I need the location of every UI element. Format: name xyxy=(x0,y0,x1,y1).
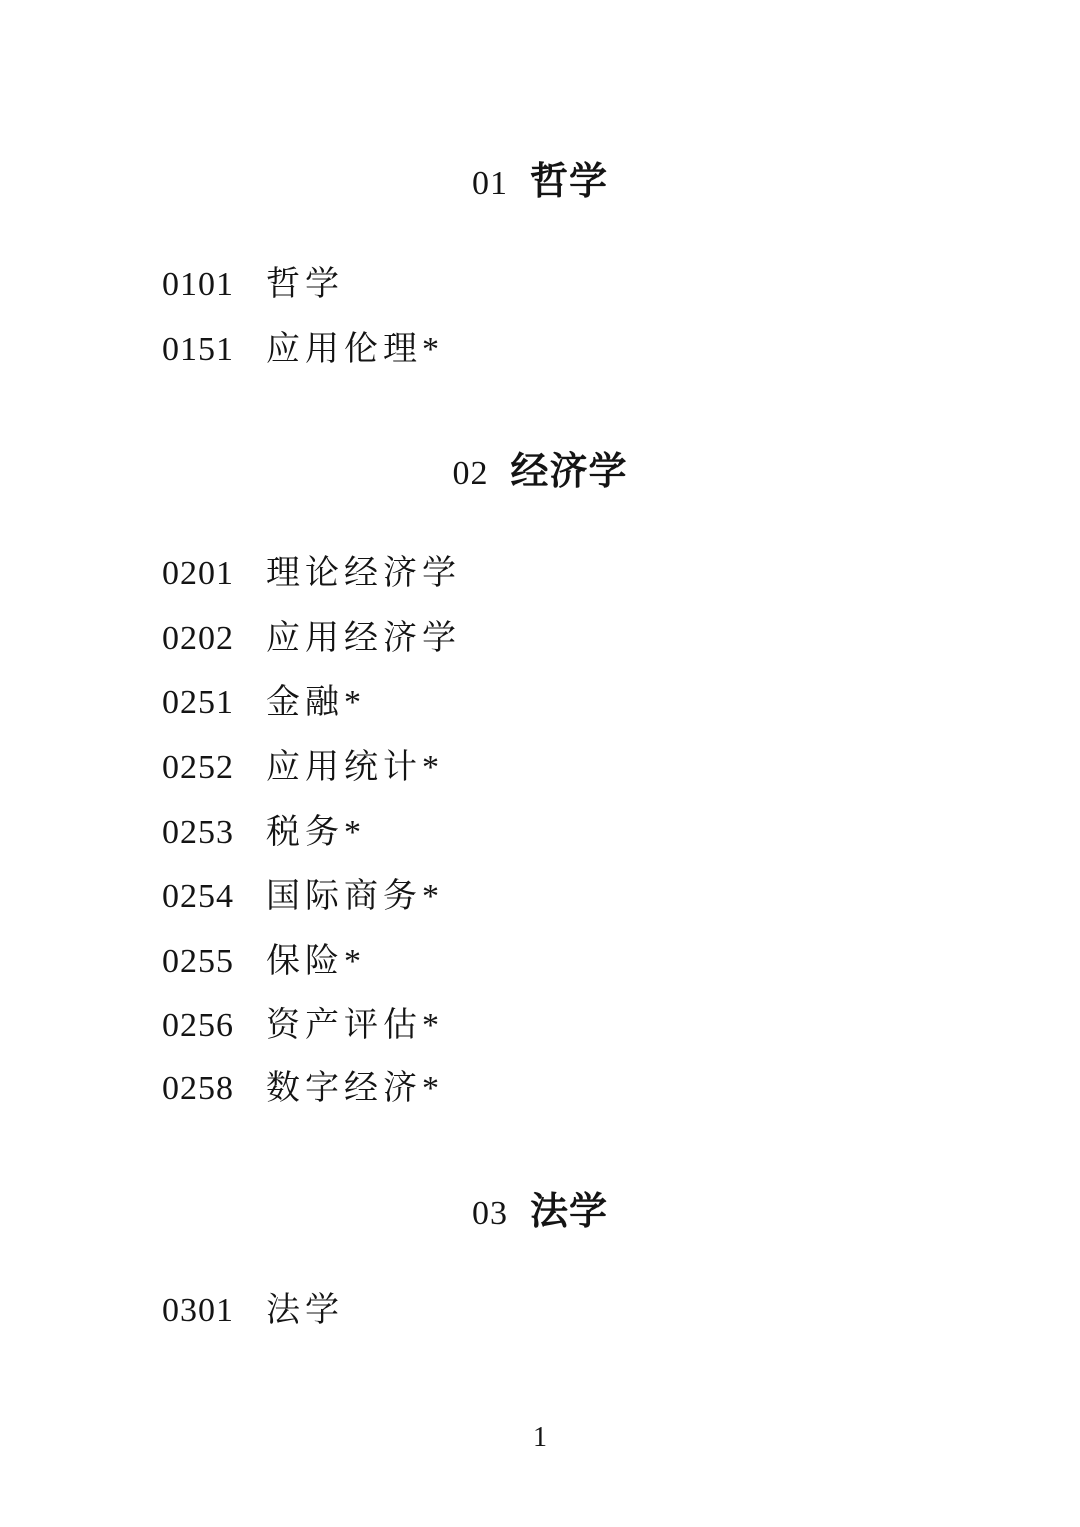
discipline-row: 0301法学 xyxy=(162,1294,344,1328)
document-page: 01哲学 0101哲学 0151应用伦理* 02经济学 0201理论经济学 02… xyxy=(0,0,1080,1527)
discipline-row: 0255保险* xyxy=(162,945,366,979)
discipline-row: 0254国际商务* xyxy=(162,880,444,914)
discipline-code: 0255 xyxy=(162,945,266,979)
discipline-row: 0201理论经济学 xyxy=(162,557,461,591)
discipline-name: 哲学 xyxy=(266,266,344,303)
discipline-code: 0202 xyxy=(162,622,266,656)
discipline-code: 0101 xyxy=(162,268,266,302)
page-number: 1 xyxy=(0,1422,1080,1454)
discipline-code: 0251 xyxy=(162,686,266,720)
discipline-name: 保险* xyxy=(266,943,366,980)
section-heading-economics: 02经济学 xyxy=(0,440,1080,495)
section-code: 02 xyxy=(452,455,488,492)
discipline-row: 0202应用经济学 xyxy=(162,622,461,656)
discipline-row: 0258数字经济* xyxy=(162,1072,444,1106)
section-title: 法学 xyxy=(530,1191,608,1233)
discipline-name: 法学 xyxy=(266,1292,344,1329)
discipline-row: 0251金融* xyxy=(162,686,366,720)
discipline-name: 金融* xyxy=(266,684,366,721)
section-code: 03 xyxy=(472,1195,508,1232)
discipline-name: 税务* xyxy=(266,814,366,851)
discipline-name: 理论经济学 xyxy=(266,555,461,592)
discipline-name: 国际商务* xyxy=(266,878,444,915)
section-code: 01 xyxy=(472,165,508,202)
discipline-name: 数字经济* xyxy=(266,1070,444,1107)
section-heading-law: 03法学 xyxy=(0,1180,1080,1235)
discipline-row: 0256资产评估* xyxy=(162,1009,444,1043)
section-title: 哲学 xyxy=(530,161,608,203)
discipline-code: 0252 xyxy=(162,751,266,785)
discipline-code: 0253 xyxy=(162,816,266,850)
discipline-row: 0253税务* xyxy=(162,816,366,850)
discipline-row: 0252应用统计* xyxy=(162,751,444,785)
discipline-code: 0151 xyxy=(162,333,266,367)
discipline-name: 应用统计* xyxy=(266,749,444,786)
discipline-code: 0256 xyxy=(162,1009,266,1043)
discipline-name: 应用伦理* xyxy=(266,331,444,368)
discipline-code: 0301 xyxy=(162,1294,266,1328)
discipline-name: 应用经济学 xyxy=(266,620,461,657)
discipline-name: 资产评估* xyxy=(266,1007,444,1044)
discipline-code: 0254 xyxy=(162,880,266,914)
discipline-code: 0201 xyxy=(162,557,266,591)
section-heading-philosophy: 01哲学 xyxy=(0,150,1080,205)
discipline-row: 0151应用伦理* xyxy=(162,333,444,367)
discipline-code: 0258 xyxy=(162,1072,266,1106)
discipline-row: 0101哲学 xyxy=(162,268,344,302)
section-title: 经济学 xyxy=(510,451,627,493)
